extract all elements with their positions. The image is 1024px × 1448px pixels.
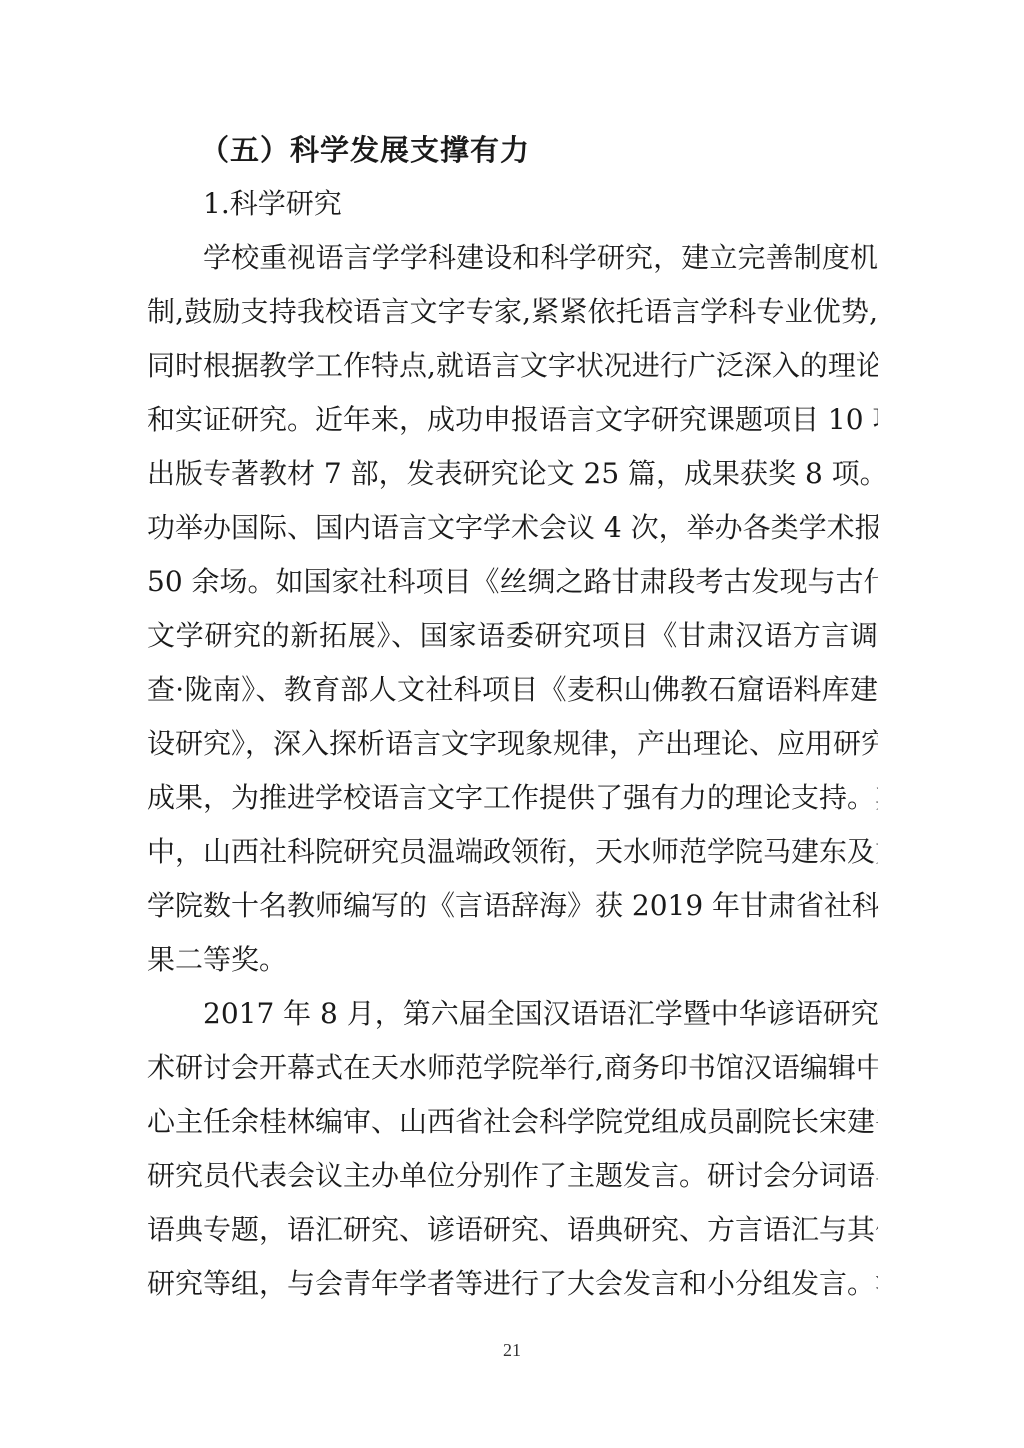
paragraph-line: 研究等组，与会青年学者等进行了大会发言和小分组发言。温 — [147, 1262, 878, 1306]
paragraph-line: 出版专著教材 7 部，发表研究论文 25 篇，成果获奖 8 项。成 — [147, 452, 878, 496]
paragraph-line: 50 余场。如国家社科项目《丝绸之路甘肃段考古发现与古代 — [147, 560, 878, 604]
document-page: （五）科学发展支撑有力 1.科学研究 学校重视语言学学科建设和科学研究，建立完善… — [0, 0, 1024, 1448]
paragraph-line: 学院数十名教师编写的《言语辞海》获 2019 年甘肃省社科成 — [147, 884, 878, 928]
section-heading: （五）科学发展支撑有力 — [200, 128, 530, 172]
paragraph-line: 学校重视语言学学科建设和科学研究，建立完善制度机 — [203, 236, 878, 280]
paragraph-line: 成果，为推进学校语言文字工作提供了强有力的理论支持。其 — [147, 776, 878, 820]
paragraph-line: 研究员代表会议主办单位分别作了主题发言。研讨会分词语与 — [147, 1154, 878, 1198]
paragraph-line: 设研究》，深入探析语言文字现象规律，产出理论、应用研究 — [147, 722, 878, 766]
paragraph-line: 语典专题，语汇研究、谚语研究、语典研究、方言语汇与其他 — [147, 1208, 878, 1252]
paragraph-line: 文学研究的新拓展》、国家语委研究项目《甘肃汉语方言调 — [147, 614, 878, 658]
paragraph-line: 查·陇南》、教育部人文社科项目《麦积山佛教石窟语料库建 — [147, 668, 878, 712]
paragraph-line: 果二等奖。 — [147, 938, 878, 982]
subsection-heading: 1.科学研究 — [203, 182, 342, 226]
page-number: 21 — [0, 1340, 1024, 1361]
paragraph-line: 同时根据教学工作特点,就语言文字状况进行广泛深入的理论 — [147, 344, 878, 388]
paragraph-line: 中，山西社科院研究员温端政领衔，天水师范学院马建东及文 — [147, 830, 878, 874]
paragraph-line: 和实证研究。近年来，成功申报语言文字研究课题项目 10 项， — [147, 398, 878, 442]
paragraph-line: 制,鼓励支持我校语言文字专家,紧紧依托语言学科专业优势, — [147, 290, 878, 334]
paragraph-line: 2017 年 8 月，第六届全国汉语语汇学暨中华谚语研究学 — [203, 992, 878, 1036]
paragraph-line: 术研讨会开幕式在天水师范学院举行,商务印书馆汉语编辑中 — [147, 1046, 878, 1090]
paragraph-line: 功举办国际、国内语言文字学术会议 4 次，举办各类学术报告 — [147, 506, 878, 550]
paragraph-line: 心主任余桂林编审、山西省社会科学院党组成员副院长宋建平 — [147, 1100, 878, 1144]
